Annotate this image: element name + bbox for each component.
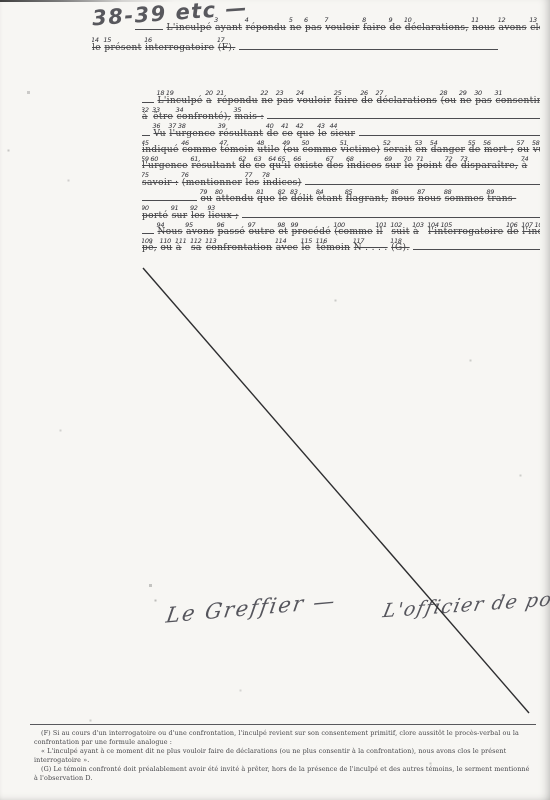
struck-word-text: pas: [277, 97, 294, 107]
handwritten-word-number: 39: [218, 123, 262, 130]
printed-word: 118(G).: [391, 238, 409, 254]
struck-word-text: interrogatoire: [145, 44, 214, 54]
struck-word-text: de: [361, 97, 373, 107]
footnote-line: à l'observation D.: [34, 774, 536, 783]
printed-word: 113confrontation: [206, 238, 272, 254]
printed-word: 32à: [142, 107, 150, 123]
handwritten-word-number: 46: [181, 140, 216, 147]
footnote-line: (F) Si au cours d'un interrogatoire ou d…: [34, 729, 536, 738]
printed-line: 59 60l'urgence61résultant62de63ce64 65qu…: [142, 156, 540, 172]
printed-line: 14le15présent16interrogatoire17(F).: [92, 33, 540, 53]
handwritten-word-number: 70: [404, 156, 413, 163]
struck-word-text: (comme: [334, 228, 372, 238]
blank-fill-rule: [242, 217, 540, 218]
handwritten-word-number: 50: [301, 140, 336, 147]
printed-word: 56mort ;: [484, 140, 514, 156]
printed-word: 11nous: [472, 17, 495, 33]
struck-word-text: de: [469, 146, 481, 156]
struck-word-text: répondu: [217, 97, 258, 107]
struck-word-text: (ou: [283, 146, 299, 156]
printed-word: 21répondu: [217, 90, 258, 106]
printed-line: L'inculpé3ayant4répondu5ne6pas7vouloir8f…: [135, 13, 540, 33]
handwritten-word-number: 62: [238, 156, 250, 163]
handwritten-word-number: 18 19: [157, 90, 202, 97]
struck-word-text: vu: [533, 146, 540, 156]
struck-word-text: ne: [460, 97, 472, 107]
printed-word: 62de: [239, 156, 251, 172]
handwritten-word-number: 118: [390, 238, 408, 245]
handwritten-word-number: 28: [440, 90, 456, 97]
printed-word: 58vu: [533, 140, 540, 156]
handwritten-word-number: 87: [417, 189, 440, 196]
handwritten-word-number: 84: [316, 189, 341, 196]
handwritten-word-number: 12: [498, 17, 526, 24]
handwritten-word-number: 23: [276, 90, 293, 97]
handwritten-word-number: 34: [176, 107, 230, 114]
printed-word: 63ce: [255, 156, 266, 172]
handwritten-word-number: 16: [144, 37, 213, 44]
struck-word-text: des: [327, 162, 344, 172]
handwritten-word-number: 97: [248, 222, 274, 229]
struck-word-text: témoin: [220, 146, 254, 156]
printed-word: 106de: [507, 222, 519, 238]
struck-word-text: sur: [385, 162, 401, 172]
printed-word: 40de: [267, 123, 279, 139]
struck-word-text: ce: [282, 130, 293, 140]
handwritten-word-number: 27: [376, 90, 437, 97]
printed-word: 6pas: [305, 17, 322, 33]
handwritten-word-number: 10: [404, 17, 468, 24]
printed-word: 33être: [153, 107, 173, 123]
handwritten-word-number: 71: [416, 156, 441, 163]
printed-word: 27déclarations: [377, 90, 438, 106]
struck-word-text: les: [246, 179, 260, 189]
printed-word: 7vouloir: [325, 17, 359, 33]
handwritten-word-number: 33: [152, 107, 172, 114]
handwritten-word-number: 5: [289, 17, 301, 24]
handwritten-word-number: 29: [459, 90, 471, 97]
handwritten-word-number: 4: [245, 17, 286, 24]
struck-word-text: Vu: [154, 130, 166, 140]
handwritten-word-number: 114: [275, 238, 297, 245]
handwritten-word-number: 14: [92, 37, 100, 44]
printed-word: 36Vu: [154, 123, 166, 139]
signature-greffier: Le Greffier —: [164, 588, 338, 627]
printed-word: 42que: [297, 123, 315, 139]
handwritten-word-number: 61: [190, 156, 234, 163]
printed-word: 10déclarations,: [405, 17, 469, 33]
handwritten-word-number: 17: [217, 37, 235, 44]
blank-fill-rule: [142, 233, 154, 234]
printed-word: 25faire: [335, 90, 358, 106]
handwritten-word-number: 109: [142, 238, 156, 245]
struck-word-text: L'inculpé: [167, 24, 212, 34]
printed-word: 73disparaître,: [461, 156, 518, 172]
printed-word: 97outre: [249, 222, 275, 238]
printed-word: 81que: [257, 189, 275, 205]
printed-word: 67des: [327, 156, 344, 172]
struck-word-text: comme: [302, 146, 337, 156]
printed-word: 61résultant: [191, 156, 235, 172]
struck-word-text: à: [413, 228, 425, 238]
printed-word: 80attendu: [216, 189, 254, 205]
blank-fill-rule: [142, 200, 197, 201]
handwritten-word-number: 104 105: [427, 222, 502, 229]
struck-word-text: confronté),: [177, 113, 231, 123]
handwritten-word-number: 80: [215, 189, 253, 196]
struck-word-text: de: [446, 162, 458, 172]
printed-word: 117N . . . .: [354, 238, 388, 254]
struck-word-text: l'incul-: [522, 228, 540, 238]
handwritten-word-number: 85: [345, 189, 387, 196]
printed-line: 94Nous95avons96passé97outre98et99procédé…: [142, 221, 540, 237]
printed-word: 109pé,: [142, 238, 157, 254]
struck-word-text: faire: [363, 24, 386, 34]
printed-line: 36Vu37 38l'urgence39résultant40de41ce42q…: [142, 123, 540, 139]
handwritten-word-number: 44: [329, 123, 354, 130]
printed-word: 4répondu: [246, 17, 287, 33]
struck-word-text: de: [267, 130, 279, 140]
handwritten-word-number: 24: [296, 90, 330, 97]
handwritten-word-number: 74: [521, 156, 529, 163]
printed-word: 87nous: [418, 189, 441, 205]
handwritten-word-number: 101: [375, 222, 387, 229]
printed-word: 45indiqué: [142, 140, 179, 156]
handwritten-word-number: 37 38: [168, 123, 214, 130]
struck-word-text: être: [153, 113, 173, 123]
printed-word: 70le: [405, 156, 414, 172]
handwritten-word-number: 22: [260, 90, 272, 97]
handwritten-word-number: 8: [362, 17, 385, 24]
struck-word-text: l'urgence: [142, 162, 188, 172]
handwritten-word-number: 41: [281, 123, 292, 130]
handwritten-word-number: 57: [516, 140, 528, 147]
printed-word: 12avons: [499, 17, 527, 33]
struck-word-text: faire: [335, 97, 358, 107]
handwritten-word-number: 55: [468, 140, 480, 147]
handwritten-word-number: 100: [333, 222, 371, 229]
struck-word-text: ne: [261, 97, 273, 107]
handwritten-word-number: 67: [326, 156, 343, 163]
printed-word: 31consentir: [496, 90, 541, 106]
printed-word: 9de: [390, 17, 402, 33]
struck-word-text: Nous: [158, 228, 183, 238]
struck-word-text: mort ;: [484, 146, 514, 156]
struck-word-text: (mentionner: [182, 179, 242, 189]
handwritten-word-number: 77: [245, 172, 259, 179]
struck-word-text: trans-: [487, 195, 516, 205]
struck-word-text: savoir :: [142, 179, 178, 189]
printed-word: 98et: [278, 222, 288, 238]
struck-word-text: déclarations: [377, 97, 438, 107]
printed-word: 92les: [191, 205, 205, 221]
printed-word: 52serait: [384, 140, 412, 156]
struck-word-text: procédé: [291, 228, 330, 238]
struck-word-text: mais :: [234, 113, 263, 123]
handwritten-word-number: 110: [160, 238, 172, 245]
struck-word-text: ayant: [215, 24, 242, 34]
struck-word-text: témoin: [317, 244, 351, 254]
handwritten-word-number: 54: [430, 140, 464, 147]
printed-word: 3ayant: [215, 17, 242, 33]
handwritten-word-number: 72: [445, 156, 457, 163]
printed-word: 107 108l'incul-: [522, 222, 540, 238]
printed-word: 44sieur: [330, 123, 355, 139]
struck-word-text: le: [302, 244, 314, 254]
handwritten-word-number: 79: [200, 189, 212, 196]
struck-word-text: flagrant,: [346, 195, 388, 205]
printed-word: 22ne: [261, 90, 273, 106]
struck-word-text: de: [390, 24, 402, 34]
handwritten-word-number: 52: [383, 140, 411, 147]
printed-word: 26de: [361, 90, 373, 106]
struck-word-text: étant: [317, 195, 342, 205]
struck-word-text: les: [191, 212, 205, 222]
printed-word: 14le: [92, 37, 101, 53]
blank-fill-rule: [142, 102, 154, 103]
handwritten-word-number: 83: [290, 189, 312, 196]
struck-word-text: résultant: [191, 162, 235, 172]
struck-word-text: que: [257, 195, 275, 205]
paragraph-urgency-formula: 18 19L'inculpé20a21répondu22ne23pas24vou…: [142, 90, 540, 254]
printed-word: 57ou: [517, 140, 529, 156]
struck-word-text: déclarations,: [405, 24, 469, 34]
struck-word-text: nous: [472, 24, 495, 34]
handwritten-word-number: 43: [317, 123, 326, 130]
struck-word-text: pas: [475, 97, 492, 107]
handwritten-word-number: 35: [233, 107, 262, 114]
struck-word-text: sommes: [445, 195, 484, 205]
blank-fill-rule: [267, 118, 540, 119]
printed-word: 28(ou: [441, 90, 457, 106]
printed-word: 114avec: [276, 238, 298, 254]
printed-word: 66existe: [294, 156, 323, 172]
printed-word: 23pas: [277, 90, 294, 106]
handwritten-word-number: 3: [214, 17, 241, 24]
printed-word: 8faire: [363, 17, 386, 33]
blank-fill-rule: [239, 49, 498, 50]
printed-word: 51victime): [341, 140, 381, 156]
struck-word-text: délit: [291, 195, 313, 205]
printed-word: 93lieux ;: [208, 205, 238, 221]
struck-word-text: lieux ;: [208, 212, 238, 222]
struck-word-text: le: [405, 162, 414, 172]
struck-word-text: avec: [276, 244, 298, 254]
struck-word-text: le: [318, 130, 327, 140]
handwritten-word-number: 9: [389, 17, 401, 24]
handwritten-word-number: 20: [205, 90, 213, 97]
struck-word-text: L'inculpé: [158, 97, 203, 107]
struck-word-text: l'urgence: [169, 130, 215, 140]
printed-word: 48utile: [257, 140, 279, 156]
handwritten-word-number: 90: [142, 205, 167, 212]
handwritten-word-number: 89: [486, 189, 515, 196]
handwritten-word-number: 94: [157, 222, 182, 229]
struck-word-text: ou: [161, 244, 173, 254]
printed-word: 35mais :: [234, 107, 263, 123]
handwritten-word-number: 26: [360, 90, 372, 97]
printed-word: 88sommes: [445, 189, 484, 205]
printed-word: 102suit: [391, 222, 409, 238]
struck-word-text: (ou: [441, 97, 457, 107]
scan-speckle-artifacts: [0, 0, 1, 1]
struck-word-text: confrontation: [206, 244, 272, 254]
handwritten-word-number: 75: [142, 172, 177, 179]
handwritten-word-number: 68: [346, 156, 381, 163]
handwritten-word-number: 78: [262, 172, 301, 179]
printed-word: 101il: [376, 222, 388, 238]
handwritten-word-number: 82: [278, 189, 287, 196]
struck-word-text: à: [142, 113, 150, 123]
struck-word-text: répondu: [246, 24, 287, 34]
printed-word: 43le: [318, 123, 327, 139]
printed-word: 112sa: [191, 238, 203, 254]
struck-word-text: le: [92, 44, 101, 54]
footnote-line: confrontation par une formule analogue :: [34, 738, 536, 747]
struck-word-text: vouloir: [297, 97, 331, 107]
struck-word-text: pé,: [142, 244, 157, 254]
printed-word: 115le: [302, 238, 314, 254]
struck-word-text: indiqué: [142, 146, 179, 156]
struck-word-text: indices): [263, 179, 302, 189]
handwritten-word-number: 111: [175, 238, 187, 245]
struck-word-text: de: [239, 162, 251, 172]
printed-word: 79ou: [201, 189, 213, 205]
handwritten-word-number: 49: [282, 140, 298, 147]
printed-word: 69sur: [385, 156, 401, 172]
printed-word: 116témoin: [317, 238, 351, 254]
printed-word: 17(F).: [218, 37, 236, 53]
printed-word: 16interrogatoire: [145, 37, 214, 53]
printed-word: 59 60l'urgence: [142, 156, 188, 172]
struck-word-text: présent: [104, 44, 141, 54]
printed-word: 89trans-: [487, 189, 516, 205]
handwritten-word-number: 13: [529, 17, 540, 24]
printed-word: 30pas: [475, 90, 492, 106]
struck-word-text: vouloir: [325, 24, 359, 34]
handwritten-word-number: 69: [384, 156, 400, 163]
printed-line: 90porté91sur92les93lieux ;: [142, 205, 540, 221]
handwritten-word-number: 21: [216, 90, 257, 97]
struck-word-text: point: [417, 162, 442, 172]
struck-word-text: a: [206, 97, 214, 107]
handwritten-word-number: 48: [256, 140, 278, 147]
printed-word: 49(ou: [283, 140, 299, 156]
blank-fill-rule: [305, 184, 540, 185]
handwritten-word-number: 81: [256, 189, 274, 196]
struck-word-text: à: [522, 162, 530, 172]
printed-word: 78indices): [263, 172, 302, 188]
printed-word: 84étant: [317, 189, 342, 205]
printed-line: 75savoir :76(mentionner77les78indices): [142, 172, 540, 188]
struck-word-text: nous: [418, 195, 441, 205]
struck-word-text: résultant: [219, 130, 263, 140]
printed-word: 53en: [415, 140, 427, 156]
handwritten-word-number: 11: [471, 17, 494, 24]
printed-word: 37 38l'urgence: [169, 123, 215, 139]
struck-word-text: outre: [249, 228, 275, 238]
struck-word-text: consentir: [496, 97, 541, 107]
handwritten-word-number: 99: [290, 222, 329, 229]
printed-line: 45indiqué46comme47témoin48utile49(ou50co…: [142, 139, 540, 155]
struck-word-text: avons: [499, 24, 527, 34]
handwritten-word-number: 53: [414, 140, 426, 147]
blank-fill-rule: [135, 29, 163, 30]
struck-word-text: disparaître,: [461, 162, 518, 172]
handwritten-word-number: 73: [460, 156, 517, 163]
handwritten-word-number: 93: [207, 205, 237, 212]
scanned-interrogatory-page: 38-39 etc — L'inculpé3ayant4répondu5ne6p…: [0, 0, 550, 800]
printed-word: 96passé: [218, 222, 245, 238]
struck-word-text: porté: [142, 212, 168, 222]
printed-word: 71point: [417, 156, 442, 172]
handwritten-word-number: 45: [142, 140, 178, 147]
handwritten-word-number: 92: [190, 205, 204, 212]
printed-word: 94Nous: [158, 222, 183, 238]
handwritten-word-number: 32: [142, 107, 149, 114]
struck-word-text: et: [278, 228, 288, 238]
struck-word-text: clos: [530, 24, 540, 34]
printed-word: 18 19L'inculpé: [158, 90, 203, 106]
handwritten-word-number: 116: [316, 238, 350, 245]
printed-word: 20a: [206, 90, 214, 106]
handwritten-word-number: 30: [474, 90, 491, 97]
struck-word-text: il: [376, 228, 388, 238]
handwritten-word-number: 63: [254, 156, 265, 163]
handwritten-word-number: 76: [181, 172, 241, 179]
signature-officier-police: L'officier de pol. j. —: [381, 584, 550, 623]
handwritten-word-number: 95: [185, 222, 213, 229]
handwritten-word-number: 31: [495, 90, 541, 97]
struck-word-text: avons: [186, 228, 214, 238]
printed-line: 79ou80attendu81que82le83délit84étant85fl…: [142, 188, 540, 204]
printed-word: 29ne: [460, 90, 472, 106]
struck-word-text: le: [279, 195, 288, 205]
handwritten-word-number: 15: [103, 37, 140, 44]
struck-word-text: serait: [384, 146, 412, 156]
blank-fill-rule: [142, 135, 150, 136]
printed-line: 109pé,110ou111à112sa113confrontation114a…: [142, 238, 540, 254]
struck-word-text: suit: [391, 228, 409, 238]
struck-word-text: (F).: [218, 44, 236, 54]
struck-word-text: en: [415, 146, 427, 156]
handwritten-word-number: 102: [390, 222, 408, 229]
struck-word-text: à: [176, 244, 188, 254]
handwritten-word-number: 47: [219, 140, 253, 147]
handwritten-word-number: 103: [412, 222, 424, 229]
printed-word: 47témoin: [220, 140, 254, 156]
struck-word-text: (G).: [391, 244, 409, 254]
handwritten-word-number: 113: [205, 238, 271, 245]
handwritten-word-number: 59 60: [142, 156, 187, 163]
printed-word: 86nous: [392, 189, 415, 205]
struck-word-text: existe: [294, 162, 323, 172]
handwritten-word-number: 36: [153, 123, 165, 130]
printed-word: 5ne: [290, 17, 302, 33]
printed-word: 15présent: [104, 37, 141, 53]
handwritten-word-number: 66: [293, 156, 322, 163]
handwritten-word-number: 58: [532, 140, 540, 147]
struck-word-text: l'interrogatoire: [428, 228, 503, 238]
printed-word: 54danger: [431, 140, 465, 156]
printed-word: 110ou: [161, 238, 173, 254]
printed-word: 46comme: [182, 140, 217, 156]
printed-word: 99procédé: [291, 222, 330, 238]
handwritten-word-number: 117: [353, 238, 387, 245]
printed-word: L'inculpé: [167, 17, 212, 33]
handwritten-word-number: 106: [506, 222, 518, 229]
struck-word-text: N . . . .: [354, 244, 388, 254]
